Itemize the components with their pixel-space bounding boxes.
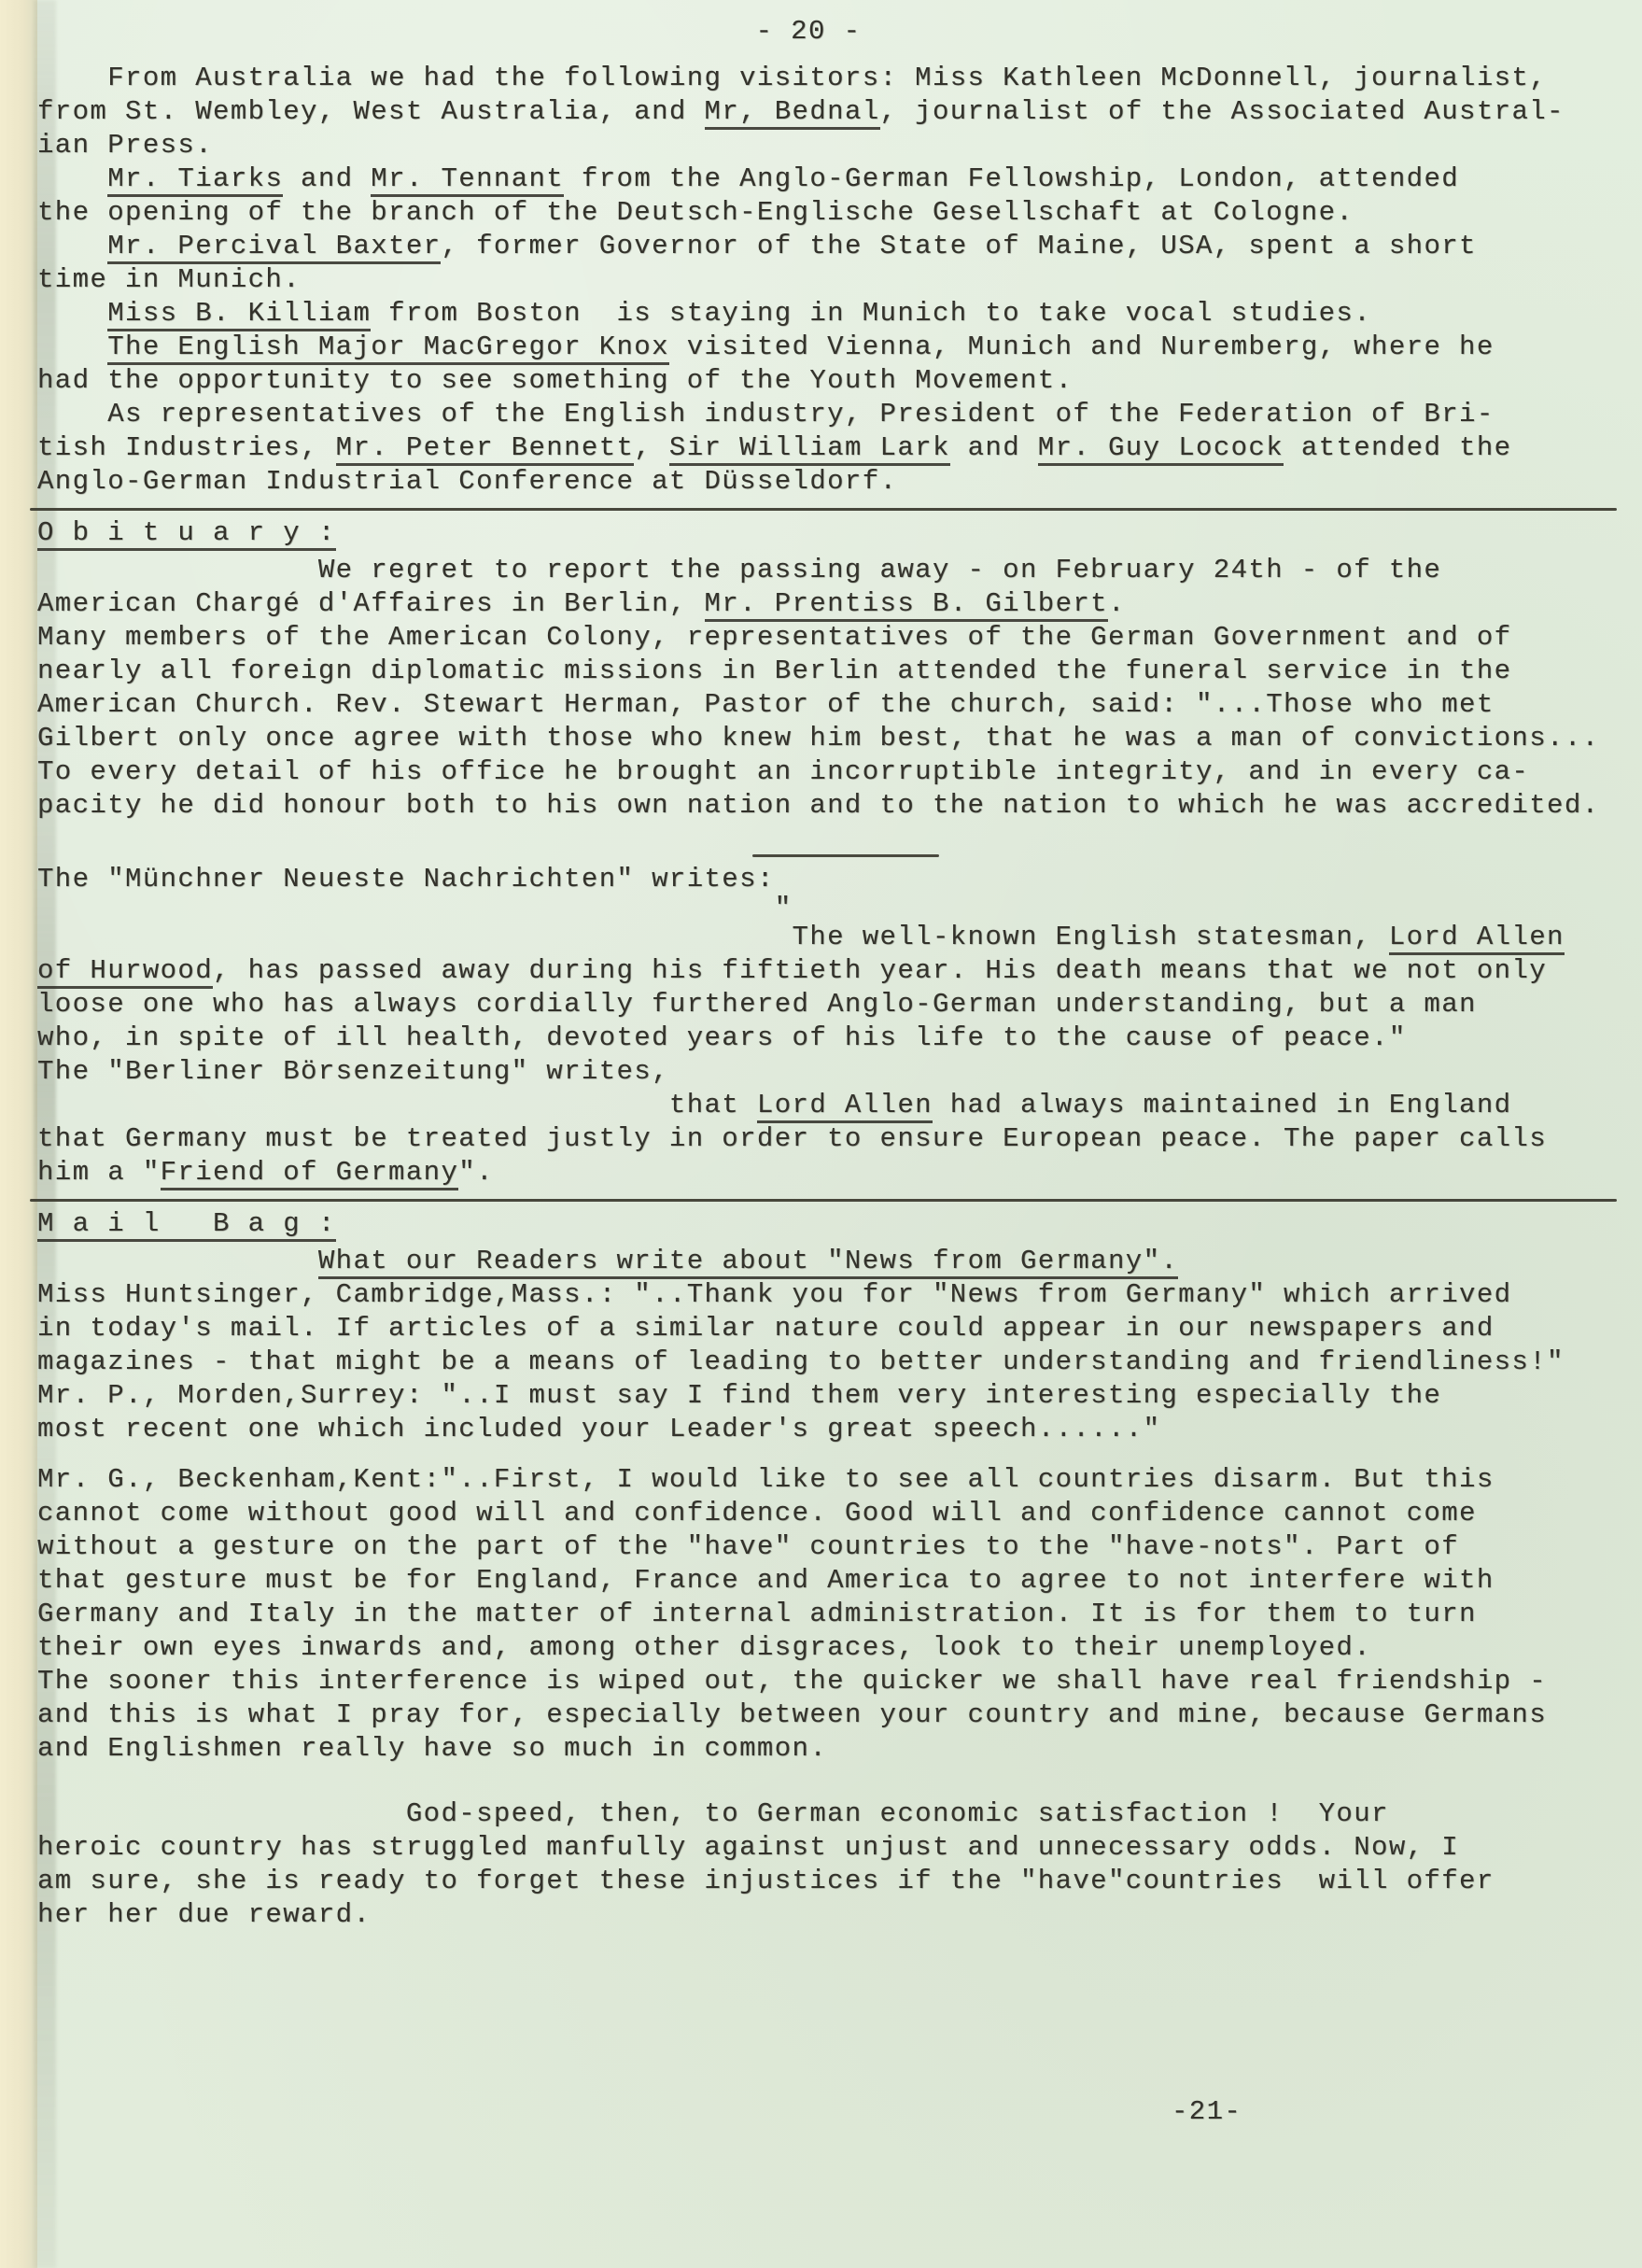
underlined-name: Lord Allen	[1389, 922, 1565, 955]
line-gap	[37, 1766, 1579, 1797]
text-segment: American Church. Rev. Stewart Herman, Pa…	[37, 689, 1495, 720]
underlined-name: Lord Allen	[757, 1090, 933, 1123]
text-segment: Gilbert only once agree with those who k…	[37, 723, 1599, 754]
underlined-name: What our Readers write about "News from …	[318, 1246, 1178, 1279]
text-segment	[37, 331, 107, 362]
page-number-top: - 20 -	[37, 15, 1579, 49]
text-segment: , has passed away during his fiftieth ye…	[213, 955, 1547, 986]
text-segment: and	[950, 432, 1038, 463]
text-line: The "Münchner Neueste Nachrichten" write…	[37, 863, 1579, 896]
text-line: of Hurwood, has passed away during his f…	[37, 954, 1579, 988]
text-line: most recent one which included your Lead…	[37, 1413, 1579, 1446]
text-segment: had the opportunity to see something of …	[37, 365, 1073, 396]
obituary-text: We regret to report the passing away - o…	[37, 554, 1579, 823]
page-content: - 20 - From Australia we had the followi…	[37, 0, 1579, 2268]
text-segment: , journalist of the Associated Austral-	[880, 96, 1565, 127]
text-segment: their own eyes inwards and, among other …	[37, 1632, 1371, 1663]
text-line: heroic country has struggled manfully ag…	[37, 1831, 1579, 1865]
text-segment: that	[37, 1090, 757, 1120]
text-segment	[37, 231, 107, 261]
text-line: nearly all foreign diplomatic missions i…	[37, 655, 1579, 688]
section-divider-rule-1	[30, 508, 1617, 511]
text-line: From Australia we had the following visi…	[37, 62, 1579, 95]
text-line: To every detail of his office he brought…	[37, 755, 1579, 789]
text-segment: him a "	[37, 1157, 161, 1188]
text-line: American Church. Rev. Stewart Herman, Pa…	[37, 688, 1579, 722]
text-segment: loose one who has always cordially furth…	[37, 989, 1477, 1020]
text-segment: God-speed, then, to German economic sati…	[37, 1798, 1389, 1829]
text-segment: am sure, she is ready to forget these in…	[37, 1866, 1495, 1896]
line-gap	[37, 1446, 1579, 1463]
text-line: We regret to report the passing away - o…	[37, 554, 1579, 587]
text-line: The sooner this interference is wiped ou…	[37, 1665, 1579, 1698]
page-edge-strip	[0, 0, 37, 2268]
text-segment: from Boston is staying in Munich to take…	[371, 298, 1371, 329]
text-segment: The "Berliner Börsenzeitung" writes,	[37, 1056, 669, 1087]
text-segment: that Germany must be treated justly in o…	[37, 1123, 1547, 1154]
section-divider-rule-2	[30, 1199, 1617, 1202]
page-number-bottom: -21-	[1172, 2095, 1579, 2129]
text-segment: .	[1108, 588, 1126, 619]
text-segment: attended the	[1284, 432, 1511, 463]
text-segment: As representatives of the English indust…	[37, 399, 1495, 430]
text-segment: had always maintained in England	[933, 1090, 1512, 1120]
text-segment: Germany and Italy in the matter of inter…	[37, 1599, 1477, 1629]
text-segment: The "Münchner Neueste Nachrichten" write…	[37, 864, 775, 895]
text-segment: and	[283, 163, 371, 194]
text-line: magazines - that might be a means of lea…	[37, 1345, 1579, 1379]
text-segment	[37, 163, 107, 194]
text-line: Mr. Tiarks and Mr. Tennant from the Angl…	[37, 162, 1579, 196]
text-line: the opening of the branch of the Deutsch…	[37, 196, 1579, 230]
text-segment: from the Anglo-German Fellowship, London…	[564, 163, 1459, 194]
obituary-header: O b i t u a r y :	[37, 514, 1579, 552]
text-segment: in today's mail. If articles of a simila…	[37, 1313, 1495, 1344]
text-line: from St. Wembley, West Australia, and Mr…	[37, 95, 1579, 129]
underlined-name: Friend of Germany	[161, 1157, 459, 1190]
text-line: Gilbert only once agree with those who k…	[37, 722, 1579, 755]
text-segment: To every detail of his office he brought…	[37, 756, 1529, 787]
text-line: Germany and Italy in the matter of inter…	[37, 1598, 1579, 1631]
text-line: him a "Friend of Germany".	[37, 1156, 1579, 1190]
text-line: that Lord Allen had always maintained in…	[37, 1089, 1579, 1122]
text-line: tish Industries, Mr. Peter Bennett, Sir …	[37, 431, 1579, 465]
text-line: ian Press.	[37, 129, 1579, 162]
underlined-name: Miss B. Killiam	[107, 298, 371, 331]
text-segment: Miss Huntsinger, Cambridge,Mass.: "..Tha…	[37, 1279, 1511, 1310]
visitors-text: From Australia we had the following visi…	[37, 62, 1579, 499]
text-segment: We regret to report the passing away - o…	[37, 555, 1441, 585]
text-line: time in Munich.	[37, 263, 1579, 297]
text-segment: the opening of the branch of the Deutsch…	[37, 197, 1354, 228]
press-quotes-text: The "Münchner Neueste Nachrichten" write…	[37, 863, 1579, 1190]
underlined-name: Mr. Tennant	[371, 163, 564, 197]
text-segment: The sooner this interference is wiped ou…	[37, 1666, 1547, 1697]
text-line: What our Readers write about "News from …	[37, 1245, 1579, 1278]
underlined-name: of Hurwood	[37, 955, 213, 989]
mailbag-header-label: M a i l B a g :	[37, 1208, 336, 1242]
text-segment: magazines - that might be a means of lea…	[37, 1346, 1565, 1377]
text-segment	[37, 298, 107, 329]
text-line: The "Berliner Börsenzeitung" writes,	[37, 1055, 1579, 1089]
text-segment: ".	[458, 1157, 494, 1188]
text-line: and Englishmen really have so much in co…	[37, 1732, 1579, 1766]
text-line: Mr. G., Beckenham,Kent:"..First, I would…	[37, 1463, 1579, 1497]
text-line: God-speed, then, to German economic sati…	[37, 1797, 1579, 1831]
text-line: their own eyes inwards and, among other …	[37, 1631, 1579, 1665]
underlined-name: Mr, Bednal	[705, 96, 880, 130]
text-line: that gesture must be for England, France…	[37, 1564, 1579, 1598]
text-line: Miss Huntsinger, Cambridge,Mass.: "..Tha…	[37, 1278, 1579, 1312]
text-segment: ian Press.	[37, 130, 213, 161]
underlined-name: Sir William Lark	[669, 432, 950, 466]
text-line: Mr. Percival Baxter, former Governor of …	[37, 230, 1579, 263]
text-line: had the opportunity to see something of …	[37, 364, 1579, 398]
text-segment: , former Governor of the State of Maine,…	[441, 231, 1476, 261]
text-line: American Chargé d'Affaires in Berlin, Mr…	[37, 587, 1579, 621]
text-segment: that gesture must be for England, France…	[37, 1565, 1495, 1596]
obituary-header-label: O b i t u a r y :	[37, 517, 336, 551]
text-segment: nearly all foreign diplomatic missions i…	[37, 655, 1511, 686]
text-segment: The well-known English statesman,	[37, 922, 1389, 952]
text-line: her her due reward.	[37, 1898, 1579, 1932]
mailbag-header: M a i l B a g :	[37, 1205, 1579, 1243]
text-line: in today's mail. If articles of a simila…	[37, 1312, 1579, 1345]
text-segment: Many members of the American Colony, rep…	[37, 622, 1511, 653]
text-segment: her her due reward.	[37, 1899, 371, 1930]
text-segment: cannot come without good will and confid…	[37, 1498, 1477, 1528]
text-line: As representatives of the English indust…	[37, 398, 1579, 431]
text-segment: Mr. P., Morden,Surrey: "..I must say I f…	[37, 1380, 1441, 1411]
text-line: The well-known English statesman, Lord A…	[37, 921, 1579, 954]
text-line: cannot come without good will and confid…	[37, 1497, 1579, 1530]
text-segment: from St. Wembley, West Australia, and	[37, 96, 705, 127]
text-segment: pacity he did honour both to his own nat…	[37, 790, 1599, 821]
text-segment: and Englishmen really have so much in co…	[37, 1733, 827, 1764]
mailbag-text: What our Readers write about "News from …	[37, 1245, 1579, 1932]
text-segment: without a gesture on the part of the "ha…	[37, 1531, 1459, 1562]
text-segment: who, in spite of ill health, devoted yea…	[37, 1022, 1407, 1053]
text-segment: Mr. G., Beckenham,Kent:"..First, I would…	[37, 1464, 1495, 1495]
underlined-name: Mr. Guy Locock	[1038, 432, 1284, 466]
underlined-name: Mr. Percival Baxter	[107, 231, 441, 264]
underlined-name: Mr. Prentiss B. Gilbert	[705, 588, 1108, 622]
text-segment: ,	[634, 432, 669, 463]
text-line: pacity he did honour both to his own nat…	[37, 789, 1579, 823]
text-segment: American Chargé d'Affaires in Berlin,	[37, 588, 705, 619]
text-line: Miss B. Killiam from Boston is staying i…	[37, 297, 1579, 331]
text-line: loose one who has always cordially furth…	[37, 988, 1579, 1021]
text-line: that Germany must be treated justly in o…	[37, 1122, 1579, 1156]
text-segment: Anglo-German Industrial Conference at Dü…	[37, 466, 897, 497]
underlined-name: Mr. Peter Bennett	[336, 432, 635, 466]
text-line: Anglo-German Industrial Conference at Dü…	[37, 465, 1579, 499]
text-segment: and this is what I pray for, especially …	[37, 1699, 1547, 1730]
scanned-newsletter-page: - 20 - From Australia we had the followi…	[0, 0, 1642, 2268]
text-segment: heroic country has struggled manfully ag…	[37, 1832, 1459, 1863]
text-segment: "	[37, 893, 793, 923]
text-segment: visited Vienna, Munich and Nuremberg, wh…	[669, 331, 1495, 362]
separator-dash	[752, 854, 939, 857]
text-line: without a gesture on the part of the "ha…	[37, 1530, 1579, 1564]
text-segment: time in Munich.	[37, 264, 301, 295]
text-line: "	[37, 896, 1579, 921]
text-segment: From Australia we had the following visi…	[37, 63, 1547, 93]
underlined-name: Mr. Tiarks	[107, 163, 283, 197]
underlined-name: The English Major MacGregor Knox	[107, 331, 669, 365]
text-segment: tish Industries,	[37, 432, 336, 463]
text-line: Mr. P., Morden,Surrey: "..I must say I f…	[37, 1379, 1579, 1413]
text-line: who, in spite of ill health, devoted yea…	[37, 1021, 1579, 1055]
text-line: am sure, she is ready to forget these in…	[37, 1865, 1579, 1898]
text-line: Many members of the American Colony, rep…	[37, 621, 1579, 655]
text-segment	[37, 1246, 318, 1276]
text-segment: most recent one which included your Lead…	[37, 1414, 1160, 1444]
text-line: The English Major MacGregor Knox visited…	[37, 331, 1579, 364]
text-line: and this is what I pray for, especially …	[37, 1698, 1579, 1732]
